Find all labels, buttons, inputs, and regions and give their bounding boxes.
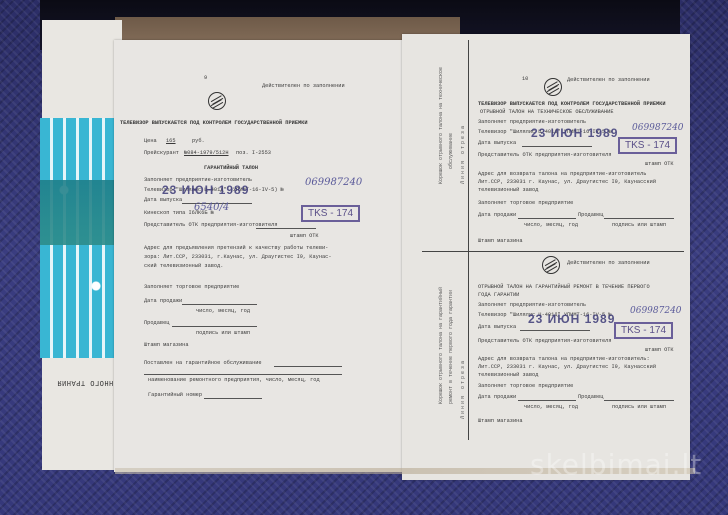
cut-line-horizontal xyxy=(422,251,684,252)
price-unit: руб. xyxy=(192,138,205,145)
tear-off-coupons-right: Корешок отрывного талона на техническое … xyxy=(402,34,690,480)
circuit-board-shadow xyxy=(40,180,120,245)
warranty-number-label: Гарантийный номер xyxy=(148,392,202,399)
warranty-number-field xyxy=(204,398,262,399)
seller-label: Продавец xyxy=(144,320,169,327)
cut-line-vertical xyxy=(468,40,469,440)
date-stamp-2: 23 ИЮН 1989 xyxy=(528,312,615,326)
cut-line-label-1: Линия отреза xyxy=(460,124,466,184)
inspector-stamp: TKS - 174 xyxy=(301,205,360,222)
serial-number-1: 069987240 xyxy=(632,123,684,133)
otk-rep-field xyxy=(256,228,316,229)
warranty-service-label: Поставлен на гарантийное обслуживание xyxy=(144,360,262,367)
address-line-1: Адрес для предъявления претензий к качес… xyxy=(144,245,328,252)
header-text: ТЕЛЕВИЗОР ВЫПУСКАЕТСЯ ПОД КОНТРОЛЕМ ГОСУ… xyxy=(120,120,308,127)
serial-number-2: 069987240 xyxy=(630,306,682,316)
sale-date-field xyxy=(182,304,257,305)
manufacturer-fill-2: Заполняет предприятие-изготовитель xyxy=(478,302,586,309)
date-hint-1: число, месяц, год xyxy=(524,222,578,229)
address-2-line-1: Адрес для возврата талона на предприятие… xyxy=(478,356,650,363)
address-line-3: ский телевизионный завод. xyxy=(144,263,223,270)
date-stamp-1: 23 ИЮН 1989 xyxy=(531,126,618,140)
seller-field-2 xyxy=(604,400,674,401)
sale-date-label-1: Дата продажи xyxy=(478,212,516,219)
seller-field xyxy=(172,326,257,327)
sign-hint-1: подпись или штамп xyxy=(612,222,666,229)
date-stamp: 23 ИЮН 1989 xyxy=(162,183,249,197)
otk-stamp-label: штамп ОТК xyxy=(290,233,319,240)
spine-text-2a: Корешок отрывного талона на гарантийный xyxy=(438,287,444,404)
inspector-stamp-2: TKS - 174 xyxy=(614,322,673,339)
pricelist-label: Прейскурант xyxy=(144,150,179,157)
sale-date-label-2: Дата продажи xyxy=(478,394,516,401)
sale-date-field-1 xyxy=(518,218,576,219)
inspector-stamp-1: TKS - 174 xyxy=(618,137,677,154)
release-date-field-2 xyxy=(520,330,590,331)
sale-date-label: Дата продажи xyxy=(144,298,182,305)
address-1-line-2: Лит.ССР, 233031 г. Каунас, ул. Драугисте… xyxy=(478,179,656,186)
coupon-title: ГАРАНТИЙНЫЙ ТАЛОН xyxy=(204,165,258,172)
repair-shop-field xyxy=(144,374,342,375)
quality-logo-icon xyxy=(544,78,562,96)
otk-rep-label-2: Представитель ОТК предприятия-изготовите… xyxy=(478,338,612,345)
valid-note-2: Действителен по заполнении xyxy=(567,260,650,267)
booklet-cover-text: ЕННОГО ТРАНИЯ xyxy=(38,378,118,386)
release-date-label-1: Дата выпуска xyxy=(478,140,516,147)
seller-label-1: Продавец xyxy=(578,212,603,219)
warranty-coupon-left: 9 Действителен по заполнении ТЕЛЕВИЗОР В… xyxy=(114,40,404,472)
address-1-line-1: Адрес для возврата талона на предприятие… xyxy=(478,171,646,178)
shop-stamp-label-1: Штамп магазина xyxy=(478,238,523,245)
header-text-1: ТЕЛЕВИЗОР ВЫПУСКАЕТСЯ ПОД КОНТРОЛЕМ ГОСУ… xyxy=(478,101,666,108)
seller-label-2: Продавец xyxy=(578,394,603,401)
quality-logo-icon xyxy=(542,256,560,274)
address-1-line-3: телевизионный завод xyxy=(478,187,538,194)
sign-hint-2: подпись или штамп xyxy=(612,404,666,411)
address-2-line-3: телевизионный завод xyxy=(478,372,538,379)
address-2-line-2: Лит.ССР, 233031 г. Каунас, ул. Драугисте… xyxy=(478,364,656,371)
quality-logo-icon xyxy=(208,92,226,110)
release-date-label: Дата выпуска xyxy=(144,197,182,204)
warranty-service-field xyxy=(274,366,342,367)
subtitle-2-line-2: ГОДА ГАРАНТИИ xyxy=(478,292,519,299)
price-label: Цена xyxy=(144,138,157,145)
subtitle-2-line-1: ОТРЫВНОЙ ТАЛОН НА ГАРАНТИЙНЫЙ РЕМОНТ В Т… xyxy=(478,284,650,291)
shop-fill-2: Заполняет торговое предприятие xyxy=(478,383,573,390)
serial-number: 069987240 xyxy=(305,177,362,188)
seller-field-1 xyxy=(604,218,674,219)
valid-note-1: Действителен по заполнении xyxy=(567,77,650,84)
otk-rep-label-1: Представитель ОТК предприятия-изготовите… xyxy=(478,152,612,159)
price-value: 165 xyxy=(166,138,176,145)
position-label: поз. I-2553 xyxy=(236,150,271,157)
shop-fill: Заполняет торговое предприятие xyxy=(144,284,239,291)
pricelist-value: №084-1979/512Н xyxy=(184,150,229,157)
sign-hint: подпись или штамп xyxy=(196,330,250,337)
shop-stamp-label-2: Штамп магазина xyxy=(478,418,523,425)
repair-hint: наименование ремонтного предприятия, чис… xyxy=(148,377,320,384)
otk-stamp-label-2: штамп ОТК xyxy=(645,347,674,354)
subtitle-1: ОТРЫВНОЙ ТАЛОН НА ТЕХНИЧЕСКОЕ ОБСЛУЖИВАН… xyxy=(480,109,614,116)
release-date-field-1 xyxy=(522,146,592,147)
spine-text-1a: Корешок отрывного талона на техническое xyxy=(438,67,444,184)
spine-text-1b: обслуживание xyxy=(448,133,454,169)
spine-text-2b: ремонт в течение первого года гарантии xyxy=(448,290,454,404)
page-number-right: 10 xyxy=(522,76,528,83)
date-hint-2: число, месяц, год xyxy=(524,404,578,411)
sale-date-field-2 xyxy=(518,400,576,401)
manufacturer-fill-1: Заполняет предприятие-изготовитель xyxy=(478,119,586,126)
otk-stamp-label-1: штамп ОТК xyxy=(645,161,674,168)
shop-stamp-label: Штамп магазина xyxy=(144,342,189,349)
kinescope-serial: 6540/4 xyxy=(194,202,229,215)
cut-line-label-2: Линия отреза xyxy=(460,359,466,419)
release-date-label-2: Дата выпуска xyxy=(478,324,516,331)
watermark: skelbimai.lt xyxy=(530,448,702,481)
date-hint: число, месяц, год xyxy=(196,308,250,315)
page-number: 9 xyxy=(204,75,207,82)
valid-note: Действителен по заполнении xyxy=(262,83,345,90)
shop-fill-1: Заполняет торговое предприятие xyxy=(478,200,573,207)
address-line-2: зора: Лит.ССР, 233031, г.Каунас, ул. Дра… xyxy=(144,254,332,261)
